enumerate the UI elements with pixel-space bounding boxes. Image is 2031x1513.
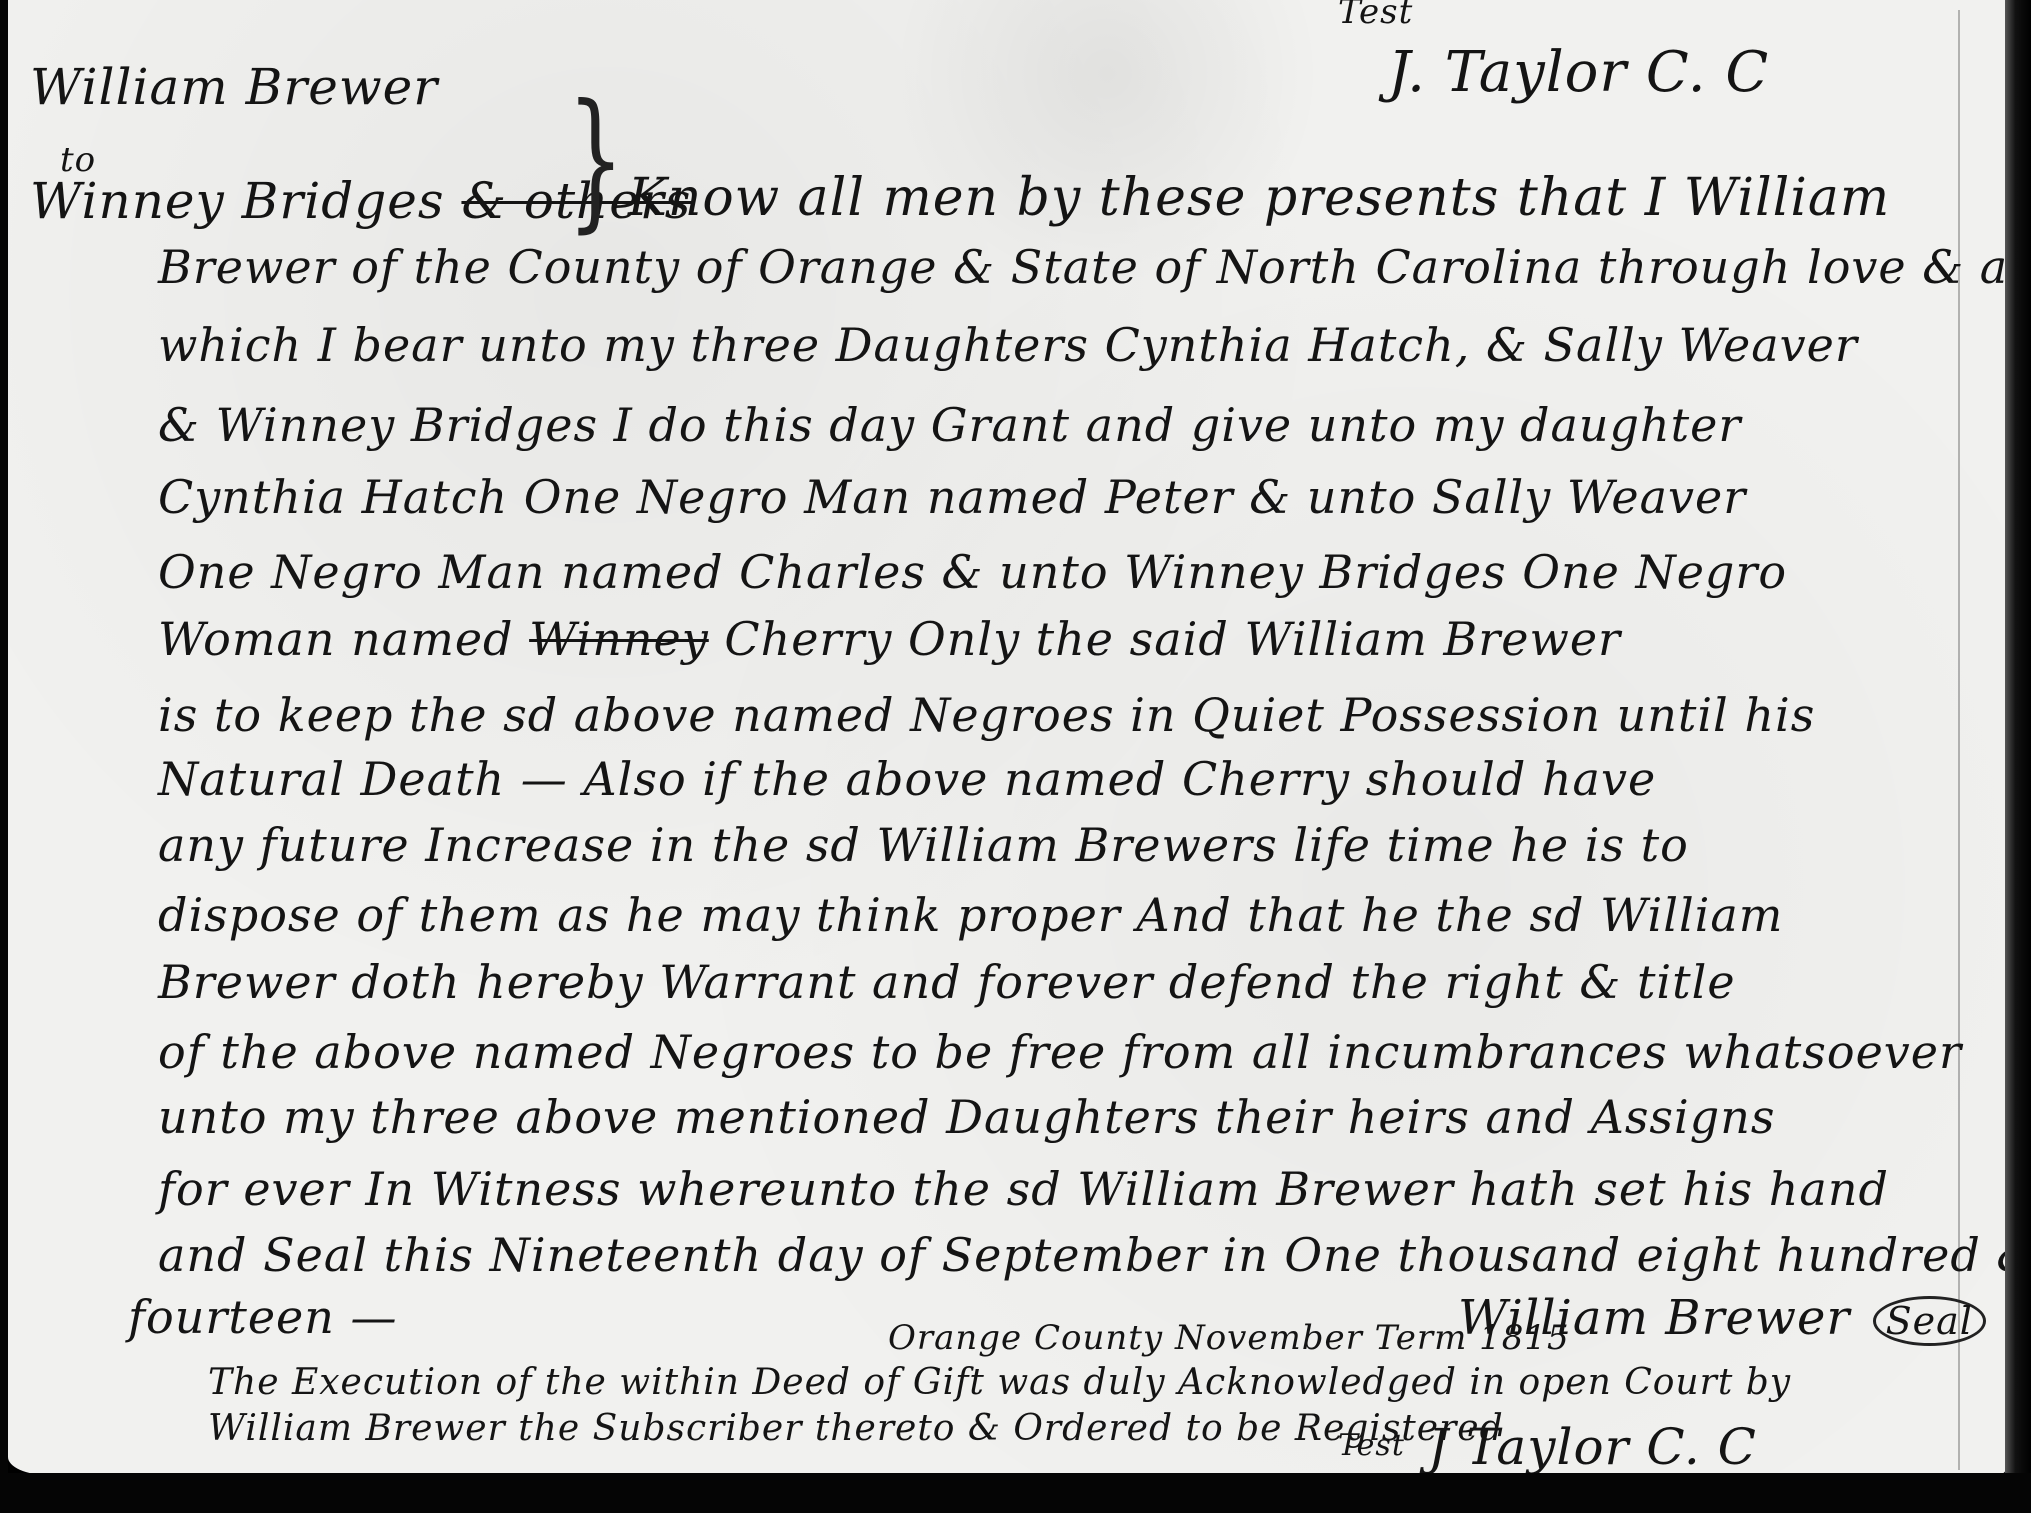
certification-place-date: Orange County November Term 1815 bbox=[888, 1318, 1570, 1358]
certification-line-2: William Brewer the Subscriber thereto & … bbox=[208, 1408, 1504, 1449]
body-line-11: dispose of them as he may think proper A… bbox=[158, 888, 1783, 942]
scan-left-edge bbox=[0, 0, 8, 1513]
scan-right-edge bbox=[2005, 0, 2031, 1513]
body-line-6: One Negro Man named Charles & unto Winne… bbox=[158, 545, 1787, 599]
body-line-15: for ever In Witness whereunto the sd Wil… bbox=[158, 1162, 1889, 1216]
body-line-16: and Seal this Nineteenth day of Septembe… bbox=[158, 1228, 2031, 1282]
body-line-5: Cynthia Hatch One Negro Man named Peter … bbox=[158, 470, 1746, 524]
grantor-name: William Brewer bbox=[30, 58, 438, 116]
document-page: Test J. Taylor C. C William Brewer to Wi… bbox=[8, 0, 2006, 1475]
body-line-10: any future Increase in the sd William Br… bbox=[158, 818, 1689, 872]
brace-icon: } bbox=[567, 85, 624, 235]
scan-bottom-edge bbox=[0, 1473, 2031, 1513]
certification-test: Test bbox=[1338, 1428, 1405, 1463]
body-line-7: Woman named Winney Cherry Only the said … bbox=[158, 612, 1621, 666]
body-line-1: Know all men by these presents that I Wi… bbox=[628, 168, 1890, 228]
body-line-8: is to keep the sd above named Negroes in… bbox=[158, 688, 1815, 742]
struck-name: Winney bbox=[529, 612, 709, 666]
body-line-14: unto my three above mentioned Daughters … bbox=[158, 1090, 1775, 1144]
body-line-7a: Woman named bbox=[158, 612, 513, 666]
body-line-12: Brewer doth hereby Warrant and forever d… bbox=[158, 955, 1736, 1009]
body-line-4: & Winney Bridges I do this day Grant and… bbox=[158, 398, 1741, 452]
body-line-17: fourteen — bbox=[128, 1290, 398, 1344]
body-line-9: Natural Death — Also if the above named … bbox=[158, 752, 1656, 806]
clerk-signature-top: J. Taylor C. C bbox=[1388, 40, 1769, 105]
clerk-test-top: Test bbox=[1338, 0, 1413, 32]
certification-clerk: J Taylor C. C bbox=[1428, 1418, 1757, 1476]
body-line-7b: Cherry Only the said William Brewer bbox=[724, 612, 1621, 666]
body-line-3: which I bear unto my three Daughters Cyn… bbox=[158, 318, 1858, 372]
grantee-name: Winney Bridges bbox=[30, 172, 445, 230]
body-line-13: of the above named Negroes to be free fr… bbox=[158, 1025, 1962, 1079]
body-line-2: Brewer of the County of Orange & State o… bbox=[158, 240, 2031, 294]
seal-icon: Seal bbox=[1873, 1296, 1986, 1346]
certification-line-1: The Execution of the within Deed of Gift… bbox=[208, 1362, 1791, 1403]
